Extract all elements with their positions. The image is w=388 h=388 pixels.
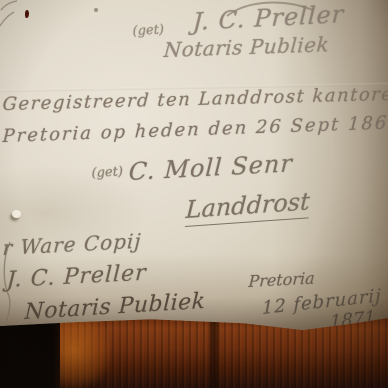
paper-speck: [94, 8, 98, 12]
signature-moll: C. Moll Senr: [128, 149, 294, 186]
registration-line-2: Pretoria op heden den 26 Sept 1866: [2, 112, 388, 147]
paper-chip: [12, 210, 21, 218]
signature-preller-top: J. C. Preller: [192, 0, 345, 36]
manuscript-photo: (get) J. C. Preller Notaris Publiek Gere…: [0, 0, 388, 388]
title-notaris-top: Notaris Publiek: [163, 32, 330, 62]
place-pretoria: Pretoria: [248, 268, 315, 291]
title-landdrost-text: Landdrost: [185, 187, 311, 227]
wood-highlight: [58, 320, 110, 388]
title-landdrost: Landdrost: [185, 187, 310, 224]
title-notaris-bottom: Notaris Publiek: [24, 289, 206, 325]
signed-abbrev-top: (get): [132, 22, 164, 39]
signed-abbrev-middle: (get): [91, 164, 123, 181]
manuscript-paper: (get) J. C. Preller Notaris Publiek Gere…: [0, 0, 388, 334]
ink-speck: [25, 10, 29, 18]
signature-preller-bottom: J. C. Preller: [6, 261, 147, 293]
corner-pen-strokes-icon: [0, 0, 20, 30]
